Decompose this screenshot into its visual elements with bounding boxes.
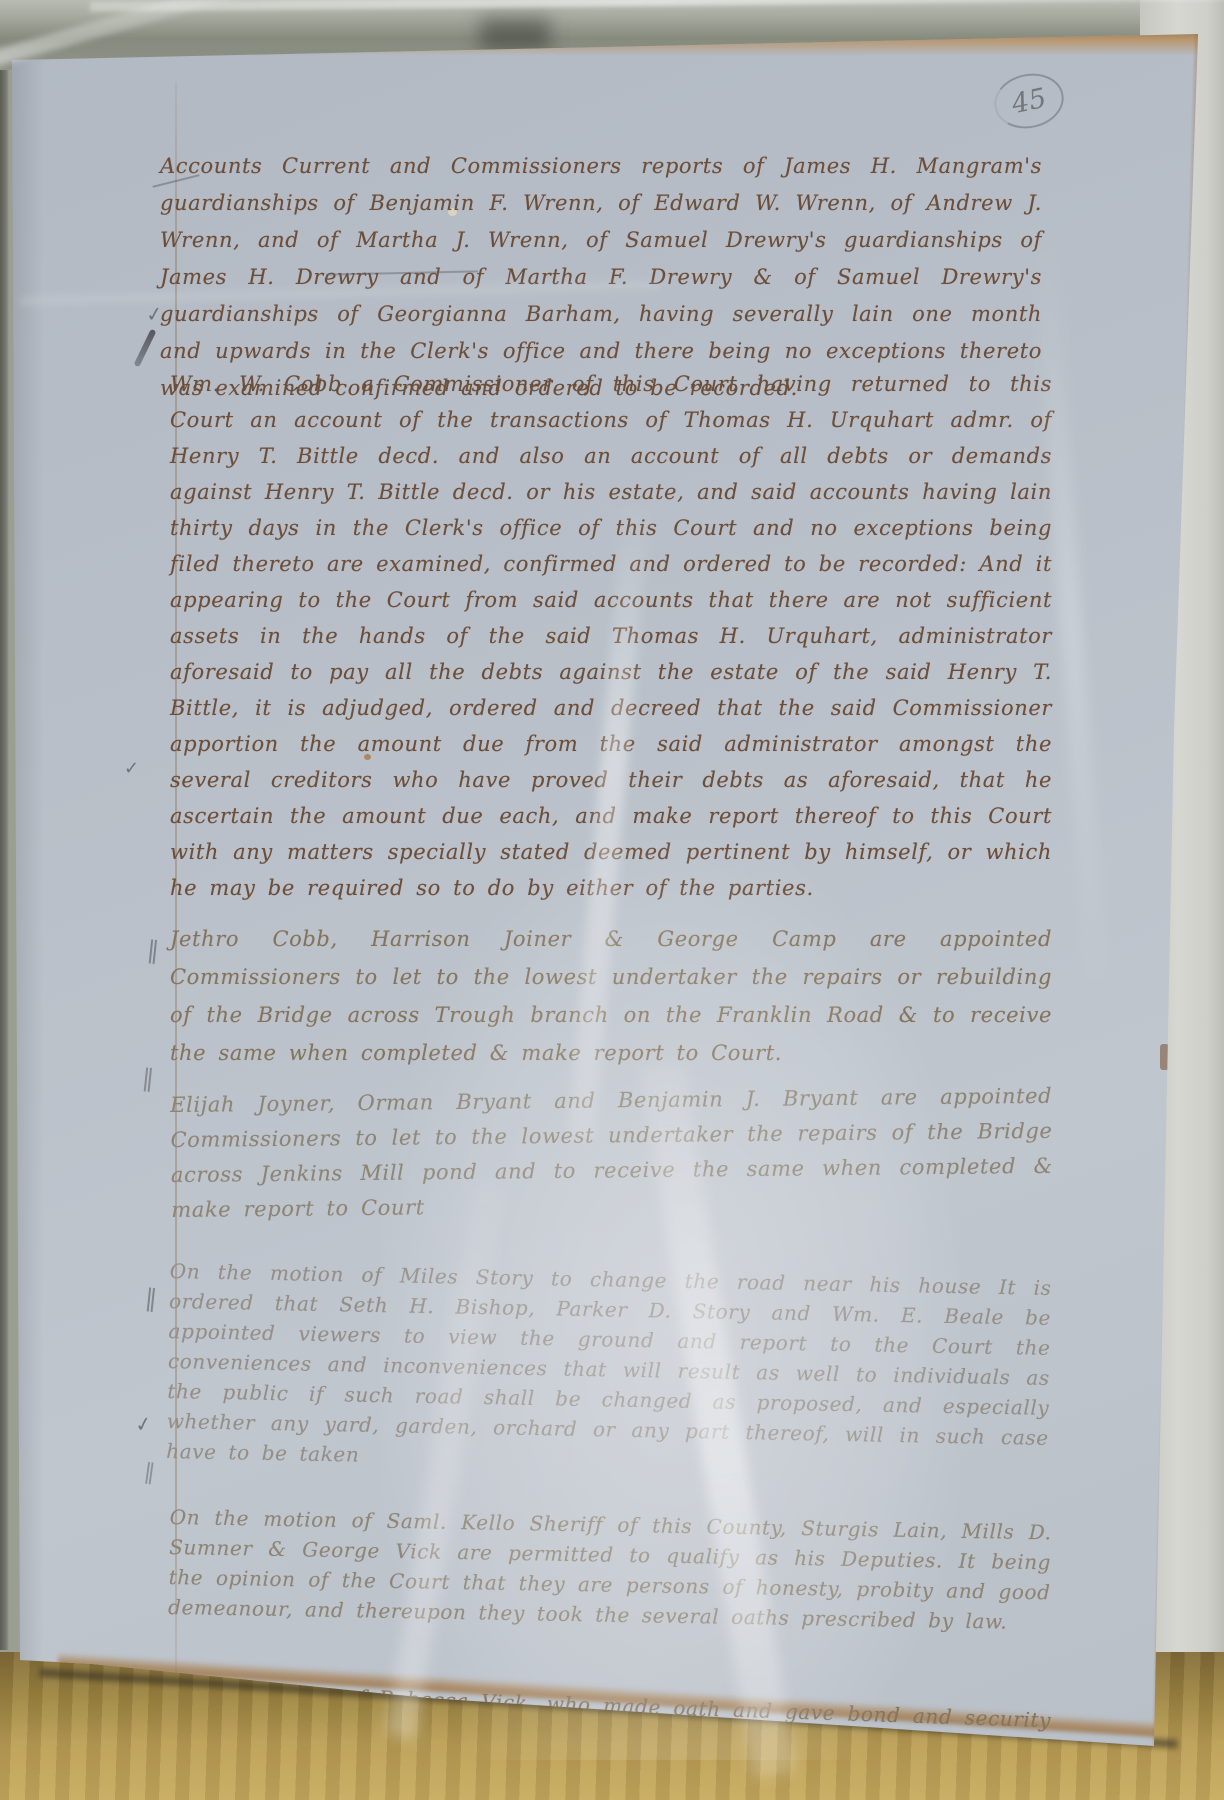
entry-cobb-commissioner-report: Wm. W. Cobb a Commissioner of this Court… xyxy=(170,366,1052,906)
pencil-slash-mark xyxy=(134,329,157,368)
manuscript-page: 45 Accounts Current and Commissioners re… xyxy=(8,30,1204,1750)
page-left-shadow xyxy=(8,30,44,1746)
entry-sheriff-deputies: On the motion of Saml. Kello Sheriff of … xyxy=(168,1502,1052,1637)
entry-bridge-jenkins-mill: Elijah Joyner, Orman Bryant and Benjamin… xyxy=(170,1079,1053,1228)
pencil-double-tick-mark: ‖ xyxy=(144,1283,159,1312)
pencil-check-mark: ✓ xyxy=(124,758,139,779)
pencil-check-mark: ✓ xyxy=(144,301,164,327)
page-number-value: 45 xyxy=(1009,82,1049,119)
entry-road-change-miles-story: On the motion of Miles Story to change t… xyxy=(166,1256,1052,1483)
entry-bridge-trough-branch: Jethro Cobb, Harrison Joiner & George Ca… xyxy=(170,920,1052,1072)
manuscript-photo: 45 Accounts Current and Commissioners re… xyxy=(0,0,1224,1800)
pencil-double-tick-mark: ‖ xyxy=(146,935,161,964)
page-number: 45 xyxy=(989,67,1069,134)
pencil-double-tick-mark: ‖ xyxy=(141,1063,156,1092)
pencil-double-tick-mark: ‖ xyxy=(142,1459,156,1485)
pencil-check-mark: ✓ xyxy=(133,1411,154,1438)
binding-edge xyxy=(0,70,9,1650)
